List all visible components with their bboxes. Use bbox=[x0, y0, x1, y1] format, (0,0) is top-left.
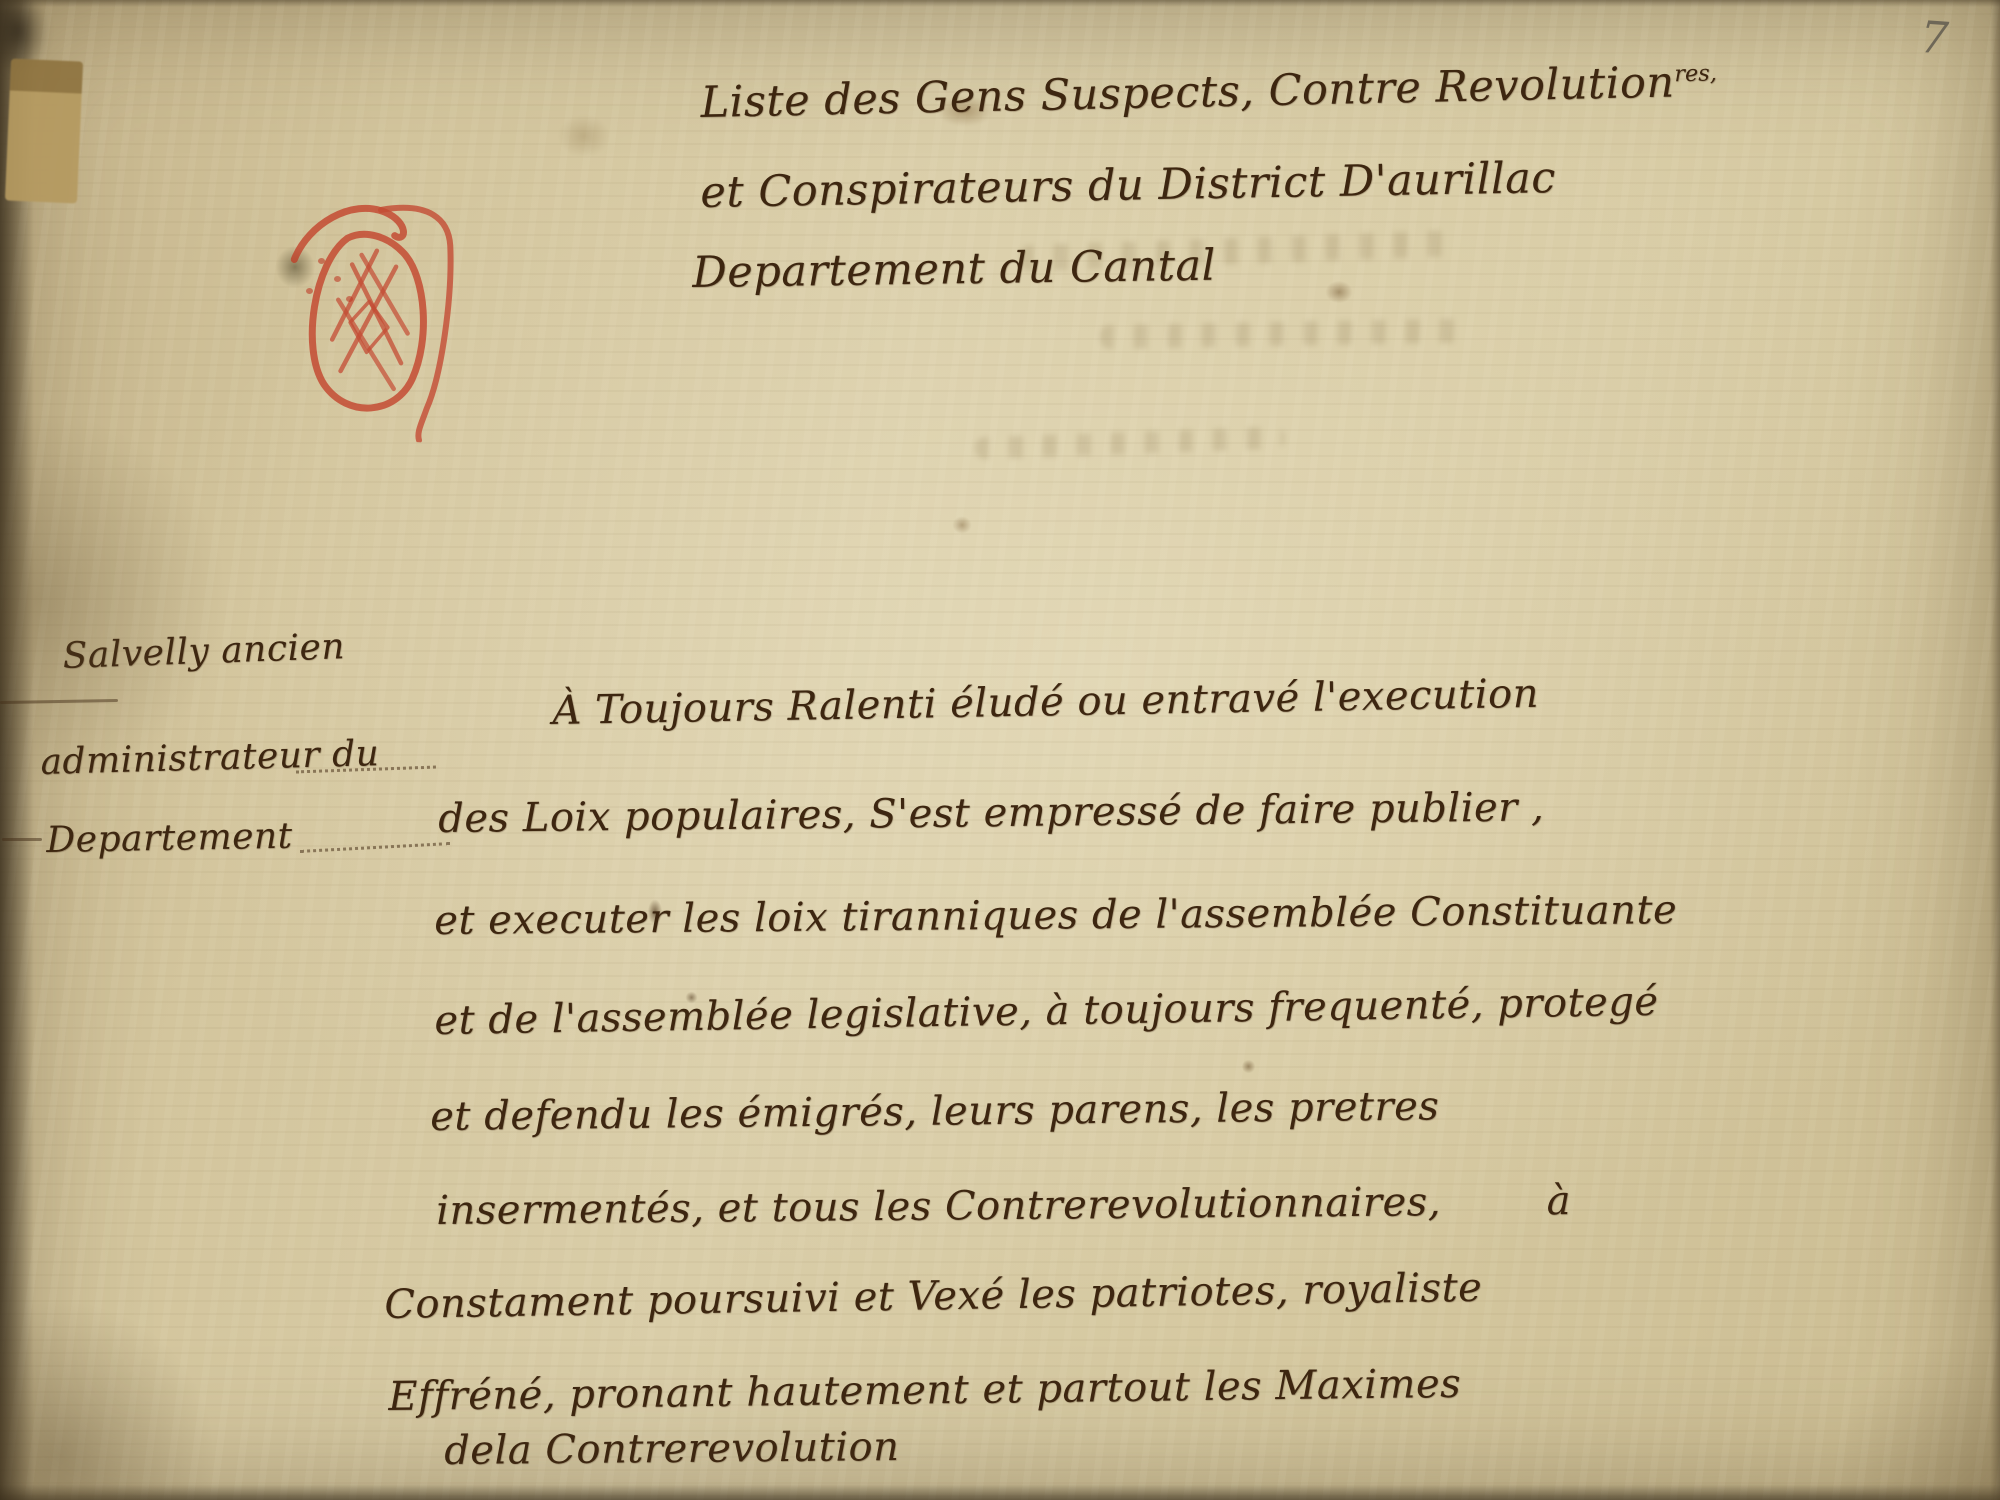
body-line-7: Constament poursuivi et Vexé les patriot… bbox=[384, 1265, 1483, 1328]
body-line-2: des Loix populaires, S'est empressé de f… bbox=[438, 784, 1544, 842]
body-line-6: insermentés, et tous les Contrerevolutio… bbox=[436, 1178, 1571, 1234]
page-edge-shadow-top bbox=[0, 0, 2000, 7]
bleedthrough-mark bbox=[1100, 319, 1460, 349]
margin-dash-rule bbox=[2, 838, 42, 841]
tape-residue bbox=[5, 58, 83, 203]
body-line-3: et executer les loix tiranniques de l'as… bbox=[434, 887, 1677, 944]
margin-note-line-2: administrateur du bbox=[40, 733, 380, 783]
title-line-1: Liste des Gens Suspects, Contre Revoluti… bbox=[700, 57, 1718, 128]
dotted-rule bbox=[300, 842, 450, 853]
ink-stain bbox=[1240, 1058, 1257, 1075]
margin-note-line-3: Departement bbox=[46, 816, 293, 861]
body-line-1: À Toujours Ralenti éludé ou entravé l'ex… bbox=[552, 671, 1539, 734]
page-edge-shadow-left bbox=[0, 0, 34, 1500]
body-line-9: dela Contrerevolution bbox=[444, 1424, 900, 1474]
manuscript-page: 7 Liste des Gens Suspects, Contre Revolu… bbox=[0, 0, 2000, 1500]
title-line-3: Departement du Cantal bbox=[692, 241, 1216, 298]
red-ink-stamp bbox=[265, 167, 495, 446]
folio-number: 7 bbox=[1918, 12, 1949, 65]
body-line-5: et defendu les émigrés, leurs parens, le… bbox=[430, 1083, 1440, 1140]
body-line-8: Effréné, pronant hautement et partout le… bbox=[388, 1361, 1461, 1420]
ink-stain bbox=[1322, 278, 1356, 306]
margin-dash-rule bbox=[0, 699, 118, 704]
title-superscript: res, bbox=[1674, 60, 1717, 87]
margin-note-line-1: Salvelly ancien bbox=[62, 626, 346, 677]
body-line-4: et de l'assemblée legislative, à toujour… bbox=[434, 979, 1659, 1044]
ink-stain bbox=[950, 514, 974, 536]
page-edge-shadow-right bbox=[1990, 0, 2000, 1500]
ink-stain bbox=[552, 110, 616, 162]
bleedthrough-mark bbox=[975, 427, 1286, 460]
title-line-1-text: Liste des Gens Suspects, Contre Revoluti… bbox=[700, 58, 1675, 128]
title-line-2: et Conspirateurs du District D'aurillac bbox=[700, 153, 1556, 218]
page-edge-shadow-bottom bbox=[0, 1484, 2000, 1500]
